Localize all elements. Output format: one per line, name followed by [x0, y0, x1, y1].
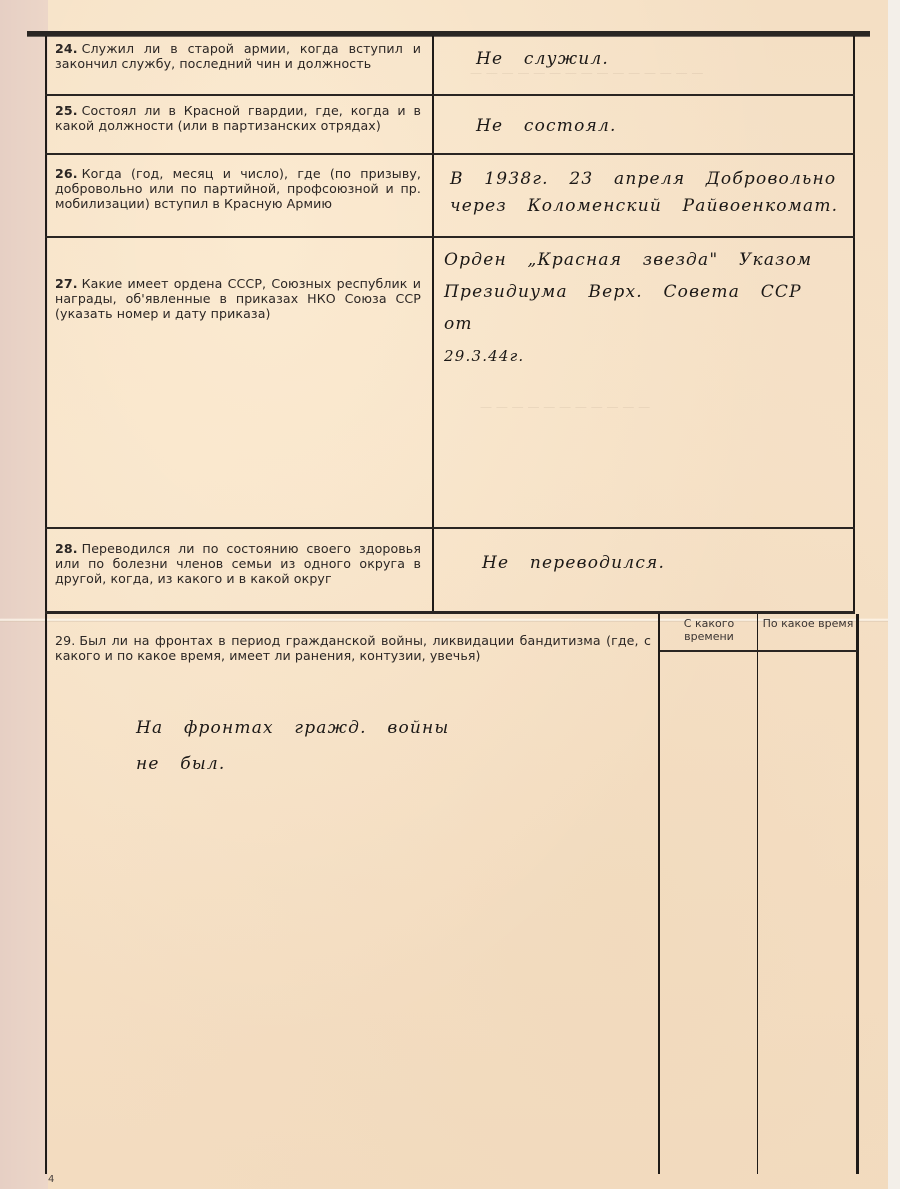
answer-24: Не служил. — [476, 46, 609, 73]
question-28: 28.Переводился ли по состоянию своего зд… — [55, 541, 421, 586]
answer-25: Не состоял. — [476, 113, 617, 140]
question-number: 25. — [55, 103, 78, 118]
question-text: Состоял ли в Красной гвардии, где, когда… — [55, 103, 421, 133]
page-left-margin — [0, 0, 48, 1189]
top-border-rule — [27, 31, 870, 37]
question-text: Когда (год, месяц и число), где (по приз… — [55, 166, 421, 211]
page-number: 4 — [48, 1174, 54, 1185]
question-number: 28. — [55, 541, 78, 556]
question-number: 27. — [55, 276, 78, 291]
question-24: 24.Служил ли в старой армии, когда вступ… — [55, 41, 421, 71]
column-header-to: По какое время — [760, 617, 856, 630]
row-divider — [45, 236, 855, 238]
question-26: 26.Когда (год, месяц и число), где (по п… — [55, 166, 421, 211]
row-divider — [45, 527, 855, 529]
row-divider — [45, 94, 855, 96]
answer-line: Президиума Верх. Совета ССР от — [444, 276, 849, 340]
answer-line: через Коломенский Райвоенкомат. — [450, 193, 850, 220]
question-27: 27.Какие имеет ордена СССР, Союзных респ… — [55, 276, 421, 321]
answer-line: Орден „Красная звезда" Указом — [444, 244, 849, 276]
bleed-through-text: — — — — — — — — — — — — [480, 400, 650, 414]
table-column-divider — [432, 36, 434, 611]
question-text: Переводился ли по состоянию своего здоро… — [55, 541, 421, 586]
answer-27: Орден „Красная звезда" Указом Президиума… — [444, 244, 849, 372]
answer-line: На фронтах гражд. войны — [136, 710, 636, 746]
question-25: 25.Состоял ли в Красной гвардии, где, ко… — [55, 103, 421, 133]
table-bottom-border — [45, 611, 855, 614]
answer-line: не был. — [136, 746, 636, 782]
section29-right-border — [856, 614, 859, 1174]
column-header-divider — [660, 650, 857, 652]
answer-line: В 1938г. 23 апреля Добровольно — [450, 166, 850, 193]
question-number: 26. — [55, 166, 78, 181]
question-text: Служил ли в старой армии, когда вступил … — [55, 41, 421, 71]
section29-left-border — [45, 614, 47, 1174]
answer-line: 29.3.44г. — [444, 340, 849, 372]
answer-29: На фронтах гражд. войны не был. — [136, 710, 636, 782]
question-29: 29.Был ли на фронтах в период гражданско… — [55, 633, 651, 663]
question-text: Был ли на фронтах в период гражданской в… — [55, 633, 651, 663]
question-number: 24. — [55, 41, 78, 56]
section29-column-divider — [757, 614, 758, 1174]
column-header-from: С какого времени — [662, 617, 756, 643]
question-text: Какие имеет ордена СССР, Союзных республ… — [55, 276, 421, 321]
answer-28: Не переводился. — [482, 550, 665, 577]
row-divider — [45, 153, 855, 155]
question-number: 29. — [55, 633, 75, 648]
table-right-border — [853, 36, 855, 611]
section29-column-divider — [658, 614, 660, 1174]
table-left-border — [45, 36, 47, 611]
answer-26: В 1938г. 23 апреля Добровольно через Кол… — [450, 166, 850, 220]
